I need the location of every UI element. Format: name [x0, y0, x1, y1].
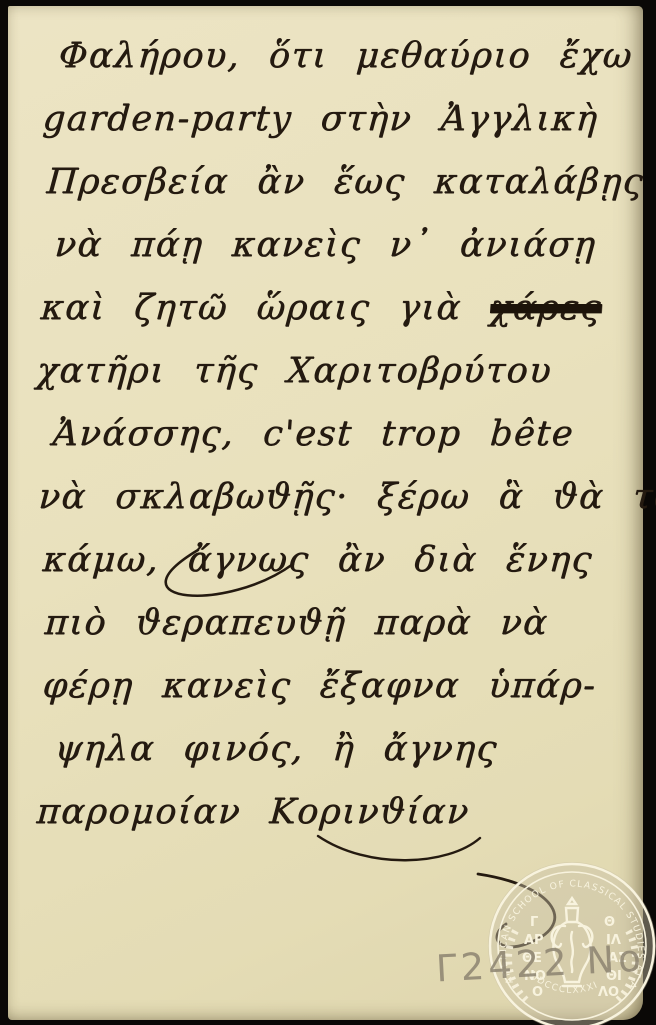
- handwritten-line: φέρῃ κανεὶς ἔξαφνα ὑπάρ-: [40, 666, 639, 729]
- seal-letter: ΛΟ: [598, 985, 619, 1000]
- handwritten-line: κάμω, ἄγνως ἂν διὰ ἕνης: [40, 540, 639, 603]
- line-text: Πρεσβεία ἂν ἕως καταλάβῃς: [45, 162, 645, 202]
- handwritten-line: Φαλήρου, ὅτι μεθαύριο ἔχω ἕνα: [56, 36, 639, 99]
- handwritten-line: Πρεσβεία ἂν ἕως καταλάβῃς: [44, 162, 639, 225]
- handwritten-line: ψηλα φινός, ἢ ἄγνης: [52, 729, 639, 792]
- handwritten-line: Ἀνάσσης, c'est trop bête: [50, 414, 639, 477]
- handwritten-line: garden-party στὴν Ἀγγλικὴ: [40, 99, 639, 162]
- line-text: παρομοίαν Κορινϑίαν: [35, 792, 471, 832]
- line-text: νὰ πάῃ κανεὶς ν᾿ ἀνιάσῃ: [53, 225, 597, 265]
- line-text: κάμω, ἄγνως ἂν διὰ ἕνης: [41, 540, 594, 580]
- handwritten-line: καὶ ζητῶ ὥραις γιὰ χάρες: [38, 288, 639, 351]
- line-text: garden-party στὴν Ἀγγλικὴ: [41, 99, 599, 139]
- line-text: καὶ ζητῶ ὥραις γιὰ: [39, 288, 491, 328]
- handwritten-line: παρομοίαν Κορινϑίαν: [34, 792, 639, 855]
- line-text: πιὸ ϑεραπευϑῇ παρὰ νὰ: [43, 603, 549, 643]
- line-text: φέρῃ κανεὶς ἔξαφνα ὑπάρ-: [41, 666, 597, 706]
- photographed-manuscript: Φαλήρου, ὅτι μεθαύριο ἔχω ἕνα garden-par…: [0, 0, 656, 1025]
- handwritten-line: πιὸ ϑεραπευϑῇ παρὰ νὰ: [42, 603, 639, 666]
- seal-letter: Γ: [530, 915, 538, 930]
- line-text: ψηλα φινός, ἢ ἄγνης: [53, 729, 499, 769]
- crossed-out-word: χάρες: [489, 288, 603, 328]
- seal-letter: Θ: [604, 915, 615, 930]
- handwritten-line: νὰ πάῃ κανεὶς ν᾿ ἀνιάσῃ: [52, 225, 639, 288]
- line-text: χατῆρι τῆς Χαριτοβρύτου: [35, 351, 553, 391]
- handwriting-block: Φαλήρου, ὅτι μεθαύριο ἔχω ἕνα garden-par…: [42, 36, 637, 855]
- handwritten-line: χατῆρι τῆς Χαριτοβρύτου: [34, 351, 639, 414]
- line-text: Φαλήρου, ὅτι μεθαύριο ἔχω ἕνα: [57, 36, 656, 76]
- line-text: νὰ σκλαβωϑῇς· ξέρω ἃ ϑὰ τὸ: [37, 477, 656, 517]
- line-text: Ἀνάσσης, c'est trop bête: [51, 414, 575, 454]
- handwritten-line: νὰ σκλαβωϑῇς· ξέρω ἃ ϑὰ τὸ: [36, 477, 639, 540]
- seal-letter: Ο: [532, 985, 543, 1000]
